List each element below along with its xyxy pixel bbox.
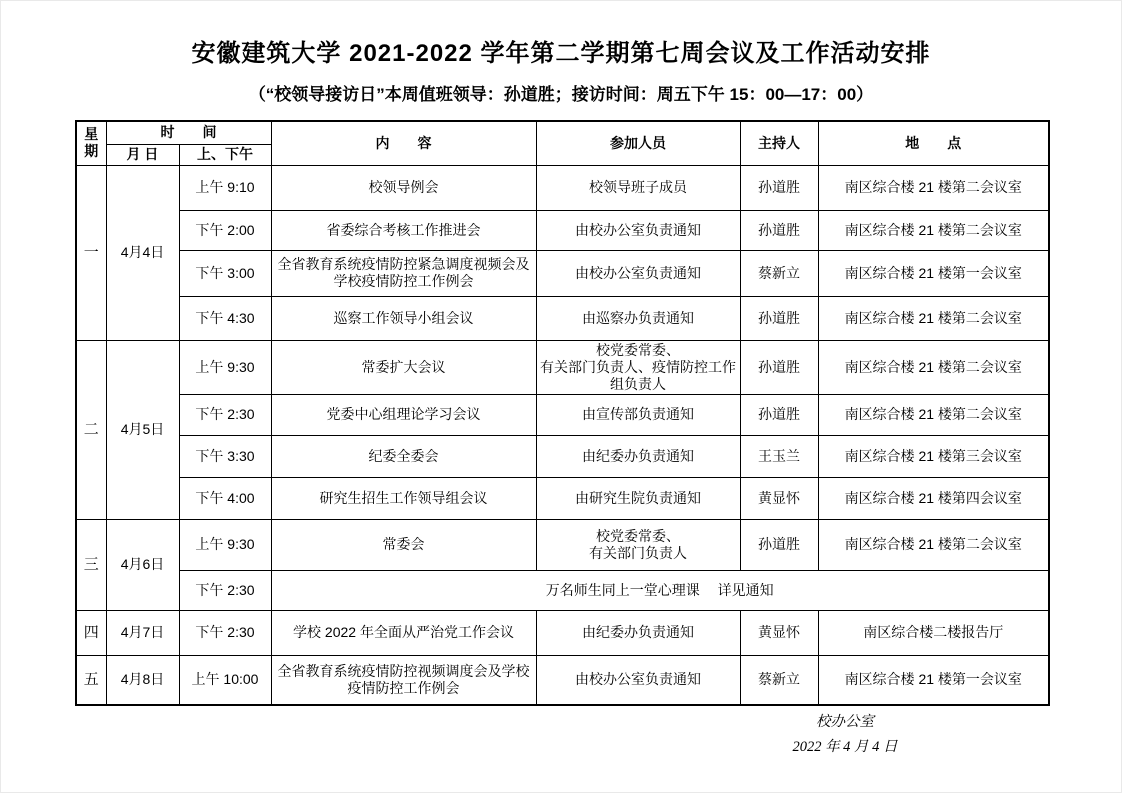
host-cell: 孙道胜 [740,340,818,394]
location-cell: 南区综合楼 21 楼第二会议室 [818,296,1049,340]
table-row: 四 4月7日 下午 2:30 学校 2022 年全面从严治党工作会议 由纪委办负… [76,610,1049,655]
table-row: 下午 4:00 研究生招生工作领导组会议 由研究生院负责通知 黄显怀 南区综合楼… [76,477,1049,519]
weekday-cell: 四 [76,610,106,655]
col-header-location: 地 点 [818,121,1049,165]
col-header-time: 时 间 [106,121,271,144]
participants-cell: 校党委常委、 有关部门负责人 [536,519,740,570]
time-cell: 下午 2:30 [179,394,271,435]
time-cell: 下午 3:00 [179,250,271,296]
content-cell: 全省教育系统疫情防控紧急调度视频会及学校疫情防控工作例会 [271,250,536,296]
table-row: 下午 4:30 巡察工作领导小组会议 由巡察办负责通知 孙道胜 南区综合楼 21… [76,296,1049,340]
col-header-host: 主持人 [740,121,818,165]
content-cell: 全省教育系统疫情防控视频调度会及学校疫情防控工作例会 [271,655,536,705]
meeting-schedule-table: 星期 时 间 内 容 参加人员 主持人 地 点 月 日 上、下午 一 4月4日 … [75,120,1050,706]
participants-cell: 由宣传部负责通知 [536,394,740,435]
host-cell: 孙道胜 [740,394,818,435]
time-cell: 下午 2:30 [179,570,271,610]
content-cell: 巡察工作领导小组会议 [271,296,536,340]
merged-note-cell: 万名师生同上一堂心理课 详见通知 [271,570,1049,610]
participants-cell: 由纪委办负责通知 [536,610,740,655]
host-cell: 王玉兰 [740,435,818,477]
table-row: 一 4月4日 上午 9:10 校领导例会 校领导班子成员 孙道胜 南区综合楼 2… [76,165,1049,210]
document-title: 安徽建筑大学 2021-2022 学年第二学期第七周会议及工作活动安排 [0,38,1122,70]
participants-cell: 校领导班子成员 [536,165,740,210]
document-footer: 校办公室 2022 年 4 月 4 日 [680,710,1010,760]
footer-office: 校办公室 [680,710,1010,735]
participants-cell: 由校办公室负责通知 [536,250,740,296]
time-cell: 上午 10:00 [179,655,271,705]
time-cell: 上午 9:30 [179,340,271,394]
time-cell: 下午 4:00 [179,477,271,519]
col-header-weekday: 星期 [76,121,106,165]
time-cell: 上午 9:10 [179,165,271,210]
host-cell: 黄显怀 [740,610,818,655]
col-header-month-day: 月 日 [106,144,179,165]
participants-cell: 由巡察办负责通知 [536,296,740,340]
time-cell: 上午 9:30 [179,519,271,570]
table-row: 二 4月5日 上午 9:30 常委扩大会议 校党委常委、 有关部门负责人、疫情防… [76,340,1049,394]
table-row: 下午 2:30 党委中心组理论学习会议 由宣传部负责通知 孙道胜 南区综合楼 2… [76,394,1049,435]
table-row: 下午 3:00 全省教育系统疫情防控紧急调度视频会及学校疫情防控工作例会 由校办… [76,250,1049,296]
content-cell: 纪委全委会 [271,435,536,477]
table-row: 三 4月6日 上午 9:30 常委会 校党委常委、 有关部门负责人 孙道胜 南区… [76,519,1049,570]
host-cell: 蔡新立 [740,655,818,705]
content-cell: 党委中心组理论学习会议 [271,394,536,435]
participants-cell: 校党委常委、 有关部门负责人、疫情防控工作组负责人 [536,340,740,394]
participants-cell: 由校办公室负责通知 [536,655,740,705]
table-row: 下午 2:00 省委综合考核工作推进会 由校办公室负责通知 孙道胜 南区综合楼 … [76,210,1049,250]
location-cell: 南区综合楼 21 楼第一会议室 [818,655,1049,705]
weekday-cell: 一 [76,165,106,340]
location-cell: 南区综合楼 21 楼第二会议室 [818,165,1049,210]
col-header-am-pm: 上、下午 [179,144,271,165]
footer-date: 2022 年 4 月 4 日 [680,735,1010,760]
location-cell: 南区综合楼 21 楼第二会议室 [818,394,1049,435]
location-cell: 南区综合楼 21 楼第二会议室 [818,210,1049,250]
table-row: 五 4月8日 上午 10:00 全省教育系统疫情防控视频调度会及学校疫情防控工作… [76,655,1049,705]
col-header-participants: 参加人员 [536,121,740,165]
date-cell: 4月5日 [106,340,179,519]
date-cell: 4月6日 [106,519,179,610]
participants-cell: 由研究生院负责通知 [536,477,740,519]
participants-cell: 由纪委办负责通知 [536,435,740,477]
content-cell: 研究生招生工作领导组会议 [271,477,536,519]
weekday-cell: 二 [76,340,106,519]
host-cell: 蔡新立 [740,250,818,296]
col-header-content: 内 容 [271,121,536,165]
table-row: 下午 3:30 纪委全委会 由纪委办负责通知 王玉兰 南区综合楼 21 楼第三会… [76,435,1049,477]
location-cell: 南区综合楼 21 楼第三会议室 [818,435,1049,477]
location-cell: 南区综合楼 21 楼第四会议室 [818,477,1049,519]
location-cell: 南区综合楼 21 楼第二会议室 [818,340,1049,394]
content-cell: 省委综合考核工作推进会 [271,210,536,250]
location-cell: 南区综合楼 21 楼第一会议室 [818,250,1049,296]
table-row: 下午 2:30 万名师生同上一堂心理课 详见通知 [76,570,1049,610]
host-cell: 孙道胜 [740,296,818,340]
weekday-cell: 三 [76,519,106,610]
time-cell: 下午 2:00 [179,210,271,250]
content-cell: 学校 2022 年全面从严治党工作会议 [271,610,536,655]
content-cell: 校领导例会 [271,165,536,210]
location-cell: 南区综合楼二楼报告厅 [818,610,1049,655]
host-cell: 孙道胜 [740,519,818,570]
host-cell: 孙道胜 [740,165,818,210]
participants-cell: 由校办公室负责通知 [536,210,740,250]
time-cell: 下午 2:30 [179,610,271,655]
location-cell: 南区综合楼 21 楼第二会议室 [818,519,1049,570]
date-cell: 4月8日 [106,655,179,705]
date-cell: 4月7日 [106,610,179,655]
weekday-cell: 五 [76,655,106,705]
host-cell: 孙道胜 [740,210,818,250]
content-cell: 常委会 [271,519,536,570]
content-cell: 常委扩大会议 [271,340,536,394]
document-page: 安徽建筑大学 2021-2022 学年第二学期第七周会议及工作活动安排 （“校领… [0,0,1122,793]
host-cell: 黄显怀 [740,477,818,519]
time-cell: 下午 4:30 [179,296,271,340]
header-row-1: 星期 时 间 内 容 参加人员 主持人 地 点 [76,121,1049,144]
document-subtitle: （“校领导接访日”本周值班领导：孙道胜；接访时间：周五下午 15：00—17：0… [0,83,1122,107]
time-cell: 下午 3:30 [179,435,271,477]
date-cell: 4月4日 [106,165,179,340]
